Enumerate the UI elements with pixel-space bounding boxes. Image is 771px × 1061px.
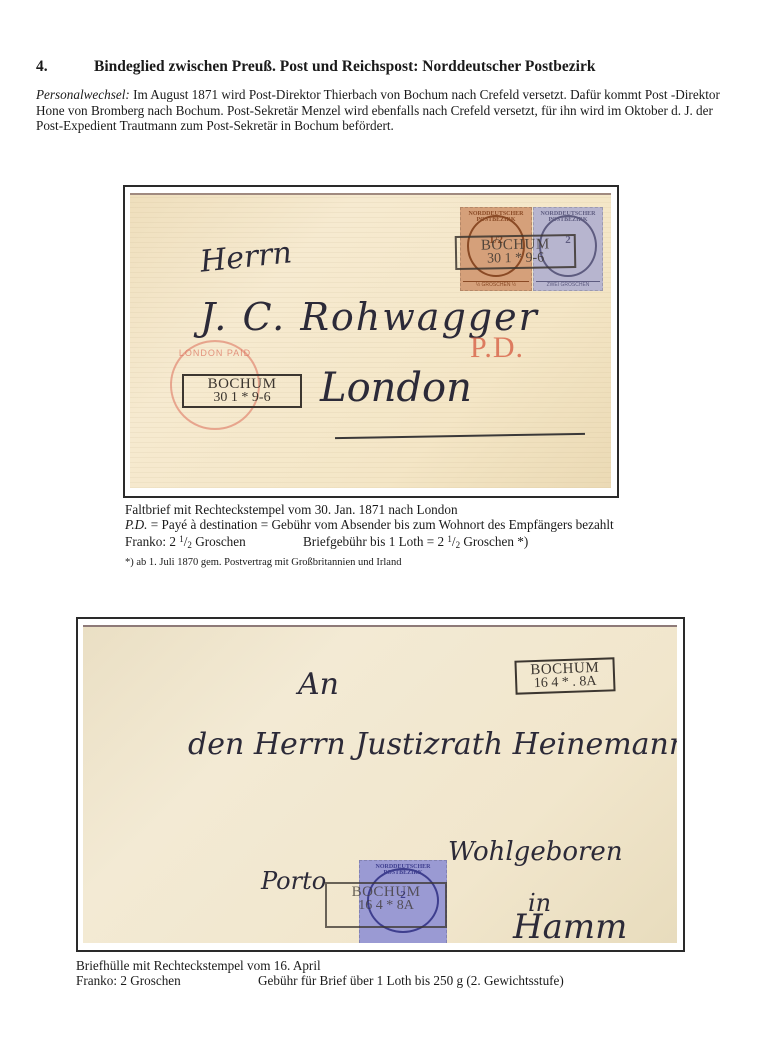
intro-label: Personalwechsel: — [36, 87, 130, 102]
intro-paragraph: Personalwechsel: Im August 1871 wird Pos… — [36, 87, 741, 134]
cancel-date: 16 4 * 8A — [333, 899, 439, 913]
fee-text: Briefgebühr bis 1 Loth = 2 1/2 Groschen … — [303, 534, 528, 549]
franko-unit: Groschen — [192, 534, 246, 549]
cancel-town: BOCHUM — [333, 885, 439, 899]
fraction-numerator: 1 — [447, 534, 452, 544]
stamp-denomination: ZWEI GROSCHEN — [536, 281, 600, 288]
pd-mark: P.D. — [470, 331, 524, 365]
franko-label: Franko: 2 — [125, 534, 179, 549]
script-an: An — [298, 667, 339, 702]
page-heading: 4.Bindeglied zwischen Preuß. Post und Re… — [36, 58, 595, 76]
script-city: London — [320, 365, 472, 411]
cancel-date: 16 4 * . 8A — [523, 675, 607, 692]
caption-1: Faltbrief mit Rechteckstempel vom 30. Ja… — [125, 503, 614, 570]
stamp-denomination: ½ GROSCHEN ½ — [463, 281, 529, 288]
section-number: 4. — [36, 58, 94, 76]
caption-1-line-1: Faltbrief mit Rechteckstempel vom 30. Ja… — [125, 503, 614, 518]
red-postmark-text: LONDON PAID — [172, 348, 258, 358]
stamp-ring-text: NORDDEUTSCHER POSTBEZIRK — [461, 211, 531, 223]
pd-explanation: = Payé à destination = Gebühr vom Absend… — [147, 517, 613, 532]
franko-value: Franko: 2 Groschen — [76, 974, 258, 989]
cancel-date: 30 1 * 9-6 — [190, 391, 294, 405]
cancel-date: 30 1 * 9-6 — [463, 251, 568, 267]
script-honorific: Wohlgeboren — [448, 837, 623, 867]
script-underline — [335, 433, 585, 439]
caption-2-line-1: Briefhülle mit Rechteckstempel vom 16. A… — [76, 959, 564, 974]
fee-unit: Groschen *) — [460, 534, 528, 549]
caption-1-line-2: P.D. = Payé à destination = Gebühr vom A… — [125, 518, 614, 533]
fee-text: Gebühr für Brief über 1 Loth bis 250 g (… — [258, 973, 564, 988]
caption-1-footnote: *) ab 1. Juli 1870 gem. Postvertrag mit … — [125, 556, 614, 571]
franko-value: Franko: 2 1/2 Groschen — [125, 532, 303, 553]
stamp-ring-text: NORDDEUTSCHER POSTBEZIRK — [360, 864, 446, 876]
stamp-ring-text: NORDDEUTSCHER POSTBEZIRK — [534, 211, 602, 223]
script-addressee: den Herrn Justizrath Heinemann — [188, 727, 677, 762]
script-salutation: Herrn — [198, 235, 293, 279]
box-cancel-on-stamp: BOCHUM 16 4 * 8A — [325, 882, 447, 928]
section-title: Bindeglied zwischen Preuß. Post und Reic… — [94, 58, 595, 75]
caption-1-line-3: Franko: 2 1/2 GroschenBriefgebühr bis 1 … — [125, 532, 614, 553]
pd-abbrev: P.D. — [125, 517, 147, 532]
cancel-town: BOCHUM — [190, 377, 294, 391]
fraction-numerator: 1 — [179, 534, 184, 544]
intro-text: Im August 1871 wird Post-Direktor Thierb… — [36, 87, 720, 133]
cover-image-frame-1: NORDDEUTSCHER POSTBEZIRK 1/2 ½ GROSCHEN … — [123, 185, 619, 498]
fee-label: Briefgebühr bis 1 Loth = 2 — [303, 534, 447, 549]
box-cancel-on-stamps: BOCHUM 30 1 * 9-6 — [455, 234, 577, 270]
script-city: Hamm — [513, 907, 627, 943]
cover-image-frame-2: BOCHUM 16 4 * . 8A An den Herrn Justizra… — [76, 617, 685, 952]
script-porto: Porto — [261, 867, 326, 895]
folded-letter-image: NORDDEUTSCHER POSTBEZIRK 1/2 ½ GROSCHEN … — [130, 193, 611, 488]
caption-2: Briefhülle mit Rechteckstempel vom 16. A… — [76, 959, 564, 988]
envelope-image: BOCHUM 16 4 * . 8A An den Herrn Justizra… — [83, 625, 677, 943]
caption-2-line-2: Franko: 2 GroschenGebühr für Brief über … — [76, 974, 564, 989]
box-cancel-bochum: BOCHUM 16 4 * . 8A — [514, 657, 615, 694]
box-cancel-bochum: BOCHUM 30 1 * 9-6 — [182, 374, 302, 408]
